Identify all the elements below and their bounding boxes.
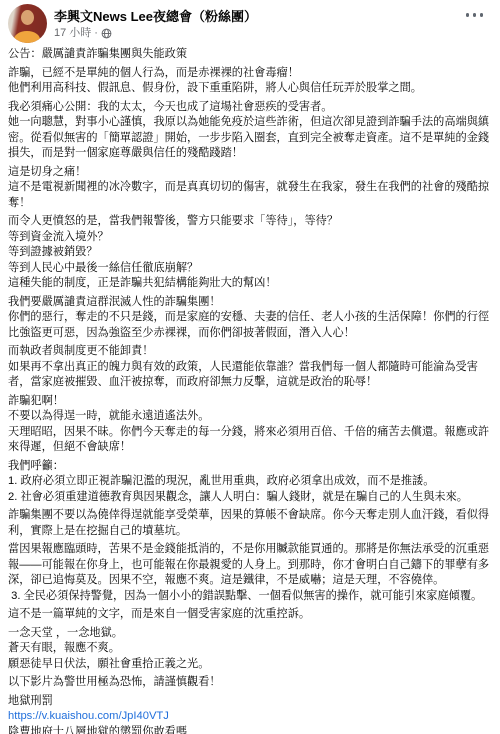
post-paragraph: 而令人更憤怒的是，當我們報警後，警方只能要求「等待」，等待？等到資金流入境外？等…: [8, 214, 492, 292]
post-paragraph: 詐騙集團不要以為僥倖得逞就能享受榮華，因果的算帳不會缺席。你今天奪走別人血汗錢，…: [8, 508, 492, 539]
post-meta: 17 小時 ·: [54, 26, 257, 40]
post-body: 公告：嚴厲譴責詐騙集團與失能政策詐騙，已經不是單純的個人行為，而是赤裸裸的社會毒…: [0, 43, 500, 734]
post-text-line: 陰曹地府十八層地獄的懲罰你敢看嗎: [8, 725, 492, 734]
post-text-line: 詐騙犯啊！: [8, 394, 492, 410]
post-text-line: 以下影片為警世用極為恐怖，請謹慎觀看！: [8, 675, 492, 691]
avatar[interactable]: [8, 4, 47, 43]
post-paragraph: 我們要嚴厲譴責這群泯滅人性的詐騙集團！你們的惡行，奪走的不只是錢，而是家庭的安穩…: [8, 295, 492, 342]
avatar-shirt-shape: [14, 31, 40, 43]
post-text-line: 而執政者與制度更不能卸責！: [8, 344, 492, 360]
post-paragraph: 我必須痛心公開：我的太太，今天也成了這場社會惡疾的受害者。她一向聰慧，對事小心謹…: [8, 100, 492, 162]
post-text-line: 我們要嚴厲譴責這群泯滅人性的詐騙集團！: [8, 295, 492, 311]
post-options-button[interactable]: [463, 10, 487, 20]
avatar-face-shape: [21, 10, 34, 25]
post-text-line: 損失，而是對一個家庭尊嚴與信任的殘酷踐踏！: [8, 146, 492, 162]
post-paragraph: 以下影片為警世用極為恐怖，請謹慎觀看！: [8, 675, 492, 691]
timestamp-link[interactable]: 17 小時: [54, 26, 91, 40]
post-text-line: 而令人更憤怒的是，當我們報警後，警方只能要求「等待」，等待？: [8, 214, 492, 230]
ellipsis-dot: [466, 13, 470, 17]
post-text-line: 公告：嚴厲譴責詐騙集團與失能政策: [8, 47, 492, 63]
post-text-line: 詐騙集團不要以為僥倖得逞就能享受榮華，因果的算帳不會缺席。你今天奪走別人血汗錢，…: [8, 508, 492, 524]
post-text-line: 等到資金流入境外？: [8, 230, 492, 246]
post-text-line: 你們的惡行，奪走的不只是錢，而是家庭的安穩、夫妻的信任、老人小孩的生活保障！你們…: [8, 310, 492, 326]
globe-icon: [101, 28, 112, 39]
post-text-line: 比強盜更可惡，因為強盜至少赤裸裸，而你們卻披著假面，潛入人心！: [8, 326, 492, 342]
post-text-line: 天理昭昭，因果不昧。你們今天奪走的每一分錢，將來必須用百倍、千倍的痛苦去償還。報…: [8, 425, 492, 441]
post-text-line: 等到證據被銷毀？: [8, 245, 492, 261]
post-text-line: 蒼天有眼，報應不爽。: [8, 641, 492, 657]
post-text-line: 詐騙，已經不是單純的個人行為，而是赤裸裸的社會毒瘤！: [8, 66, 492, 82]
post-text-line: 報——可能報在你身上，也可能報在你最親愛的人身上。到那時，你才會明白自己鑄下的罪…: [8, 558, 492, 574]
post-link[interactable]: https://v.kuaishou.com/JpI40VTJ: [8, 709, 492, 725]
post-text-line: 一念天堂 ，一念地獄。: [8, 626, 492, 642]
post-text-line: 他們利用高科技、假訊息、假身份，設下重重陷阱，將人心與信任玩弄於股掌之間。: [8, 81, 492, 97]
meta-separator: ·: [94, 26, 98, 40]
post-header: 李興文News Lee夜總會（粉絲團） 17 小時 ·: [0, 0, 500, 43]
facebook-post: 李興文News Lee夜總會（粉絲團） 17 小時 · 公告：嚴厲譴責詐騙集團與…: [0, 0, 500, 734]
post-text-line: 來得遲，但絕不會缺席！: [8, 440, 492, 456]
post-text-line: 這不是電視新聞裡的冰冷數字，而是真真切切的傷害，就發生在我家，發生在我們的社會的…: [8, 180, 492, 196]
post-text-line: 我必須痛心公開：我的太太，今天也成了這場社會惡疾的受害者。: [8, 100, 492, 116]
post-text-line: 密。從看似無害的「簡單認證」開始，一步步陷入圈套，直到完全被奪走資產。這不是單純…: [8, 131, 492, 147]
post-paragraph: 詐騙犯啊！不要以為得逞一時，就能永遠逍遙法外。天理昭昭，因果不昧。你們今天奪走的…: [8, 394, 492, 456]
post-paragraph: 我們呼籲：1. 政府必須立即正視詐騙氾濫的現況，亂世用重典，政府必須拿出成效，而…: [8, 459, 492, 506]
post-text-line: 等到人民心中最後一絲信任徹底崩解？: [8, 261, 492, 277]
post-paragraph: 一念天堂 ，一念地獄。蒼天有眼，報應不爽。願惡徒早日伏法，願社會重拾正義之光。: [8, 626, 492, 673]
post-text-line: 當因果報應臨頭時，苦果不是金錢能抵消的，不是你用贓款能買通的。那將是你無法承受的…: [8, 542, 492, 558]
post-text-line: 這不是一篇單純的文字，而是來自一個受害家庭的沈重控訴。: [8, 607, 492, 623]
post-text-line: 3. 全民必須保持警覺，因為一個小小的錯誤點擊、一個看似無害的操作，就可能引來家…: [8, 589, 492, 605]
post-text-line: 這是切身之痛！: [8, 165, 492, 181]
page-name-link[interactable]: 李興文News Lee夜總會（粉絲團）: [54, 8, 257, 25]
post-text-line: 願惡徒早日伏法，願社會重拾正義之光。: [8, 657, 492, 673]
post-text-line: 不要以為得逞一時，就能永遠逍遙法外。: [8, 409, 492, 425]
post-text-line: 2. 社會必須重建道德教育與因果觀念，讓人人明白：騙人錢財，就是在騙自己的人生與…: [8, 490, 492, 506]
ellipsis-dot: [473, 13, 477, 17]
post-paragraph: 當因果報應臨頭時，苦果不是金錢能抵消的，不是你用贓款能買通的。那將是你無法承受的…: [8, 542, 492, 604]
post-text-line: 如果再不拿出真正的魄力與有效的政策，人民還能依靠誰？當我們每一個人都隨時可能淪為…: [8, 360, 492, 376]
post-text-line: 深，卻已追悔莫及。因果不空，報應不爽。這是鐵律，不是威嚇；這是天理，不容僥倖。: [8, 573, 492, 589]
post-text-line: 奪！: [8, 196, 492, 212]
post-text-line: 地獄刑罰: [8, 694, 492, 710]
post-text-line: 1. 政府必須立即正視詐騙氾濫的現況，亂世用重典，政府必須拿出成效，而不是推諉。: [8, 474, 492, 490]
post-paragraph: 公告：嚴厲譴責詐騙集團與失能政策: [8, 47, 492, 63]
ellipsis-dot: [480, 13, 484, 17]
post-paragraph: 而執政者與制度更不能卸責！如果再不拿出真正的魄力與有效的政策，人民還能依靠誰？當…: [8, 344, 492, 391]
post-paragraph: 詐騙，已經不是單純的個人行為，而是赤裸裸的社會毒瘤！他們利用高科技、假訊息、假身…: [8, 66, 492, 97]
header-text: 李興文News Lee夜總會（粉絲團） 17 小時 ·: [54, 4, 257, 43]
post-paragraph: 這不是一篇單純的文字，而是來自一個受害家庭的沈重控訴。: [8, 607, 492, 623]
post-paragraph: 這是切身之痛！這不是電視新聞裡的冰冷數字，而是真真切切的傷害，就發生在我家，發生…: [8, 165, 492, 212]
post-text-line: 我們呼籲：: [8, 459, 492, 475]
post-text-line: 利，實際上是在挖掘自己的墳墓坑。: [8, 524, 492, 540]
post-paragraph: 地獄刑罰https://v.kuaishou.com/JpI40VTJ陰曹地府十…: [8, 694, 492, 734]
post-text-line: 這種失能的制度，正是詐騙共犯結構能夠壯大的幫凶！: [8, 276, 492, 292]
post-text-line: 者，當家庭被摧毀、血汗被掠奪，而政府卻無力反擊，這就是政治的恥辱！: [8, 375, 492, 391]
post-text-line: 她一向聰慧，對事小心謹慎，我原以為她能免疫於這些詐術，但這次卻見證到詐騙手法的高…: [8, 115, 492, 131]
